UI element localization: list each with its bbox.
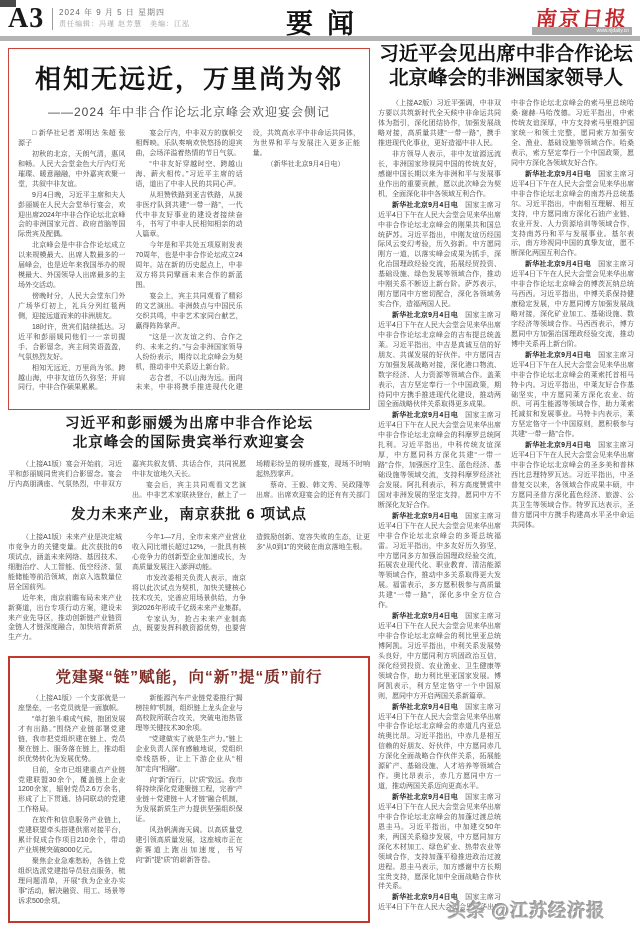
toutiao-watermark: 头条 @江苏经济报 — [448, 897, 606, 923]
article-paragraph: 新能源汽车产业链党委推行“揭榜挂帅”机制，组织链上龙头企业与高校院所联合攻关，突… — [135, 694, 242, 734]
article-paragraph: 在软件和信息服务产业链上，党建联盟牵头搭建供需对接平台，累计促成合作项目210余… — [18, 816, 125, 856]
article-paragraph: 非方领导人表示，非中友谊源远流长，非洲国家珍视同中国的传统友好，感谢中国长期以来… — [378, 150, 501, 200]
article-paragraph: 今年1—7月，全市未来产业营业收入同比增长超过12%，一批具有核心竞争力的创新型… — [132, 533, 246, 573]
article-paragraph: 市发改委相关负责人表示，南京将以此次试点为契机，加快关键核心技术攻关，完善应用场… — [132, 574, 246, 614]
party-headline: 党建聚“链”赋能，向“新”提“质”前行 — [10, 665, 368, 687]
article-paragraph: 今年是和平共处五项原则发表70周年，也是中非合作论坛成立24周年。站在新的历史起… — [135, 241, 242, 291]
article-paragraph: “这是一次友谊之约、合作之约、未来之约。”与会非洲国家领导人纷纷表示，期待以北京… — [135, 333, 242, 373]
article-paragraph: （新华社北京9月4日电） — [253, 160, 360, 170]
article-paragraph: 宴会上，宾主共同观看了精彩的文艺演出。非洲鼓点与中国民乐交织共鸣，中非艺术家同台… — [135, 292, 242, 332]
article-paragraph: 新华社北京9月4日电 国家主席习近平4日下午在人民大会堂会见来华出席中非合作论坛… — [511, 260, 634, 349]
article-paragraph: 初秋的北京，天朗气清，惠风和畅。人民大会堂金色大厅内灯光璀璨、暖意融融，中外嘉宾… — [18, 150, 125, 190]
article-paragraph: 相知无远近，万里尚为邻。跨越山海，中非友谊历久弥坚；并肩同行，中非合作硕果累累。 — [18, 364, 125, 394]
article-paragraph: （上接A1版）未来产业是决定城市竞争力的关键变量。此次获批的6项试点，涵盖未来网… — [8, 533, 122, 593]
article-paragraph: “单打独斗难成气候，抱团发展才有出路。”围绕产业链部署党建链，我市把党组织建在链… — [18, 715, 125, 765]
article-paragraph: 9月4日晚，习近平主席和夫人彭丽媛在人民大会堂举行宴会，欢迎出席2024年中非合… — [18, 191, 125, 241]
article-paragraph: 新华社北京9月4日电 国家主席习近平4日下午在人民大会堂会见来华出席中非合作论坛… — [511, 351, 634, 440]
article-paragraph: 宴会厅内，中非双方的旗帜交相辉映。乐队奏响欢快悠扬的迎宾曲，会场洋溢着热情的节日… — [135, 129, 242, 159]
article-banquet-sidelights-box: 相知无远近，万里尚为邻 ——2024 年中非合作论坛北京峰会欢迎宴会侧记 □ 新… — [8, 48, 370, 410]
party-article-body: （上接A1版）一个支部就是一座堡垒，一名党员就是一面旗帜。“单打独斗难成气候，抱… — [18, 694, 360, 916]
banquet-article-body: （上接A1版）宴会开始前，习近平和彭丽媛同贵宾们合影留念。宴会厅内高朋满座、气氛… — [8, 460, 370, 507]
article-africa-leaders-meetings: 习近平会见出席中非合作论坛 北京峰会的非洲国家领导人 （上接A2版）习近平强调，… — [378, 42, 634, 921]
article-paragraph: 新华社北京9月4日电 国家主席习近平4日下午在人民大会堂会见来华出席中非合作论坛… — [511, 170, 634, 259]
article-paragraph: 新华社北京9月4日电 国家主席习近平4日下午在人民大会堂会见来华出席中非合作论坛… — [378, 512, 501, 611]
article-paragraph: 近年来，南京前瞻布局未来产业新赛道，出台专项行动方案，建设未来产业先导区，推动创… — [8, 594, 122, 644]
article-paragraph: 向“新”而行，以“质”致远。我市将持续深化党建聚链工程，完善“产业链＋党建链＋人… — [135, 776, 242, 826]
article-paragraph: （上接A1版）一个支部就是一座堡垒，一名党员就是一面旗帜。 — [18, 694, 125, 714]
article-paragraph: 18时许，贵宾们陆续抵达。习近平和彭丽媛同他们一一亲切握手、合影留念，宾主间笑语… — [18, 323, 125, 363]
article-paragraph: 新华社北京9月4日电 国家主席习近平4日下午在人民大会堂会见来华出席中非合作论坛… — [378, 311, 501, 410]
article-paragraph: 从坦赞铁路到亚吉铁路，从援非医疗队到共建“一带一路”，一代代中非友好事业的建设者… — [135, 191, 242, 241]
article-paragraph: “中非友好穿越时空、跨越山海、薪火相传。”习近平主席的话语，道出了中非人民的共同… — [135, 160, 242, 190]
article-paragraph: 风劲帆满海天阔。以高质量党建引领高质量发展，这座城市正在新赛道上跑出加速度，书写… — [135, 826, 242, 866]
banquet-headline: 习近平和彭丽媛为出席中非合作论坛 北京峰会的国际贵宾举行欢迎宴会 — [8, 415, 370, 453]
main-article-body: □ 新华社记者 郑明达 朱超 张源子初秋的北京，天朗气清，惠风和畅。人民大会堂金… — [18, 129, 360, 397]
article-paragraph: 北京峰会是中非合作论坛成立以来规模最大、出席人数最多的一届峰会，也是近年来我国举… — [18, 241, 125, 291]
article-paragraph: 新华社北京9月4日电 国家主席习近平4日下午在人民大会堂会见来华出席中非合作论坛… — [378, 703, 501, 792]
main-subtitle: ——2024 年中非合作论坛北京峰会欢迎宴会侧记 — [9, 103, 369, 120]
article-paragraph: 新华社北京9月4日电 国家主席习近平4日下午在人民大会堂会见来华出席中非合作论坛… — [511, 441, 634, 530]
meetings-headline: 习近平会见出席中非合作论坛 北京峰会的非洲国家领导人 — [378, 42, 634, 90]
article-paragraph: （上接A2版）习近平强调，中非双方要以共筑新时代全天候中非命运共同体为指引，深化… — [378, 99, 501, 149]
article-party-building-box: 党建聚“链”赋能，向“新”提“质”前行 （上接A1版）一个支部就是一座堡垒，一名… — [8, 656, 370, 923]
nanjing-article-body: （上接A1版）未来产业是决定城市竞争力的关键变量。此次获批的6项试点，涵盖未来网… — [8, 533, 370, 649]
article-welcome-banquet: 习近平和彭丽媛为出席中非合作论坛 北京峰会的国际贵宾举行欢迎宴会 （上接A1版）… — [8, 415, 370, 507]
nanjing-headline: 发力未来产业，南京获批 6 项试点 — [8, 503, 370, 524]
masthead-url-bar: www.njdaily.cn — [532, 27, 632, 35]
article-paragraph: 目前，全市已组建重点产业链党建联盟30余个，覆盖链上企业1200余家，辐射党员2… — [18, 766, 125, 816]
article-paragraph: “党建做实了就是生产力。”链上企业负责人深有感触地说，党组织牵线搭桥，让上下游企… — [135, 735, 242, 775]
article-paragraph: 新华社北京9月4日电 国家主席习近平4日下午在人民大会堂会见来华出席中非合作论坛… — [378, 793, 501, 892]
article-paragraph: 新华社北京9月4日电 国家主席习近平4日下午在人民大会堂会见来华出席中非合作论坛… — [378, 612, 501, 701]
article-paragraph: □ 新华社记者 郑明达 朱超 张源子 — [18, 129, 125, 149]
main-headline: 相知无远近，万里尚为邻 — [9, 59, 369, 96]
header-rule — [0, 36, 640, 41]
article-paragraph: 聚焦企业急难愁盼，各链上党组织选派党建指导员驻点服务，梳理问题清单，开展“我为企… — [18, 857, 125, 907]
article-paragraph: 新华社北京9月4日电 国家主席习近平4日下午在人民大会堂会见来华出席中非合作论坛… — [378, 411, 501, 510]
article-paragraph: 新华社北京9月4日电 国家主席习近平4日下午在人民大会堂会见来华出席中非合作论坛… — [378, 201, 501, 310]
article-nanjing-pilots: 发力未来产业，南京获批 6 项试点 （上接A1版）未来产业是决定城市竞争力的关键… — [8, 503, 370, 649]
newspaper-page: A3 2024 年 9 月 5 日 星期四 责任编辑：冯瑾 赵芳慧 美编：江泓 … — [0, 0, 640, 929]
meetings-article-body: （上接A2版）习近平强调，中非双方要以共筑新时代全天候中非命运共同体为指引，深化… — [378, 99, 634, 921]
article-paragraph: 傍晚时分，人民大会堂东门外广场华灯初上，礼兵分列红毯两侧，迎接远道而来的非洲朋友… — [18, 292, 125, 322]
